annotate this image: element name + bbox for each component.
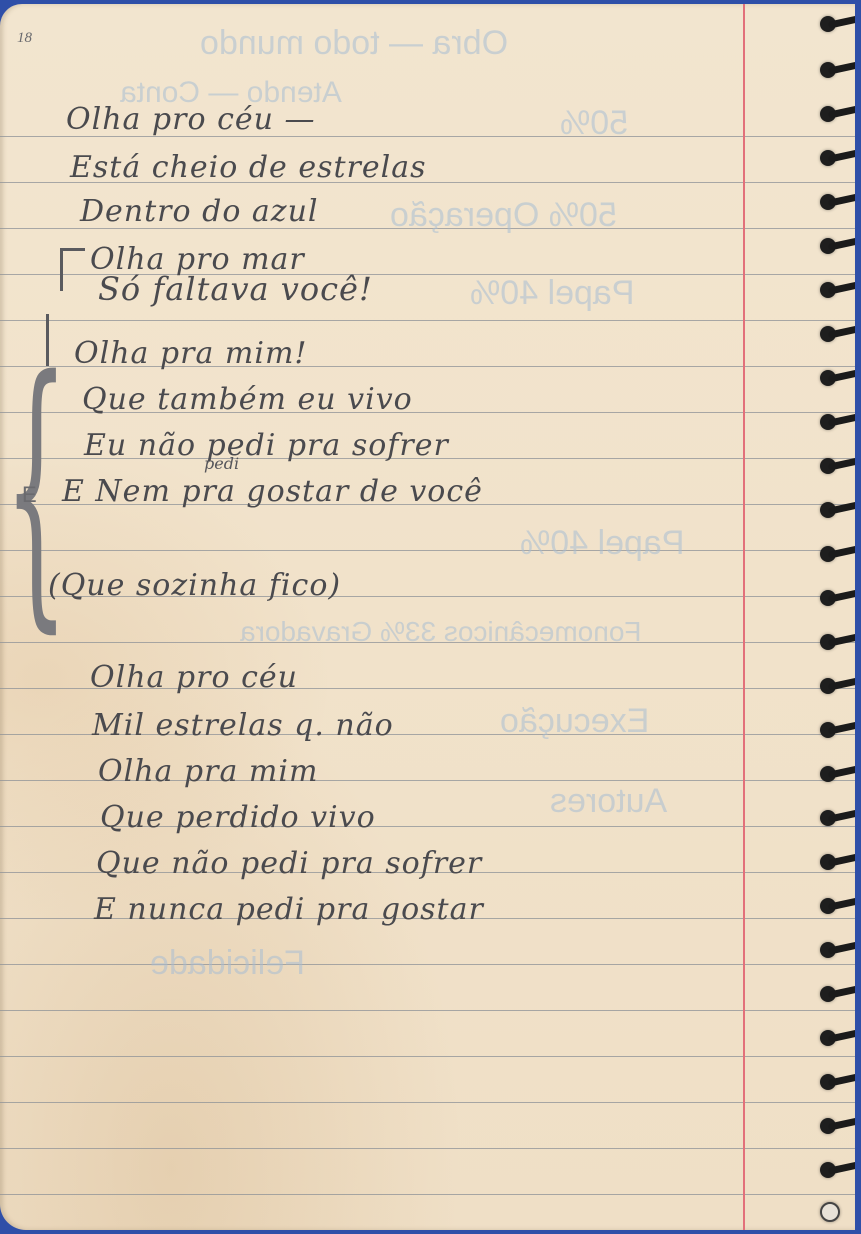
lyric-line: Olha pro céu — <box>66 102 316 137</box>
lyric-line: Dentro do azul <box>80 194 319 229</box>
spiral-ring <box>820 236 855 256</box>
spiral-ring <box>820 676 855 696</box>
bleed-through-text: Papel 40% <box>520 524 684 563</box>
spiral-ring <box>820 14 855 34</box>
spiral-ring <box>820 632 855 652</box>
ruled-line <box>0 550 855 551</box>
bleed-through-text: Papel 40% <box>470 274 634 313</box>
notebook-page: Obra — todo mundo Atendo — Conta 50% 50%… <box>0 4 855 1230</box>
spiral-ring <box>820 544 855 564</box>
spiral-ring <box>820 896 855 916</box>
spiral-ring <box>820 280 855 300</box>
lyric-line: Está cheio de estrelas <box>70 150 427 185</box>
ruled-line <box>0 1056 855 1057</box>
spiral-ring <box>820 720 855 740</box>
bleed-through-text: Autores <box>550 782 667 821</box>
spiral-ring <box>820 852 855 872</box>
lyric-insertion: pedi <box>204 454 239 473</box>
spiral-ring <box>820 456 855 476</box>
bleed-through-text: Felicidade <box>150 944 305 983</box>
spiral-ring <box>820 984 855 1004</box>
spiral-ring <box>820 1072 855 1092</box>
ruled-line <box>0 1148 855 1149</box>
ruled-line <box>0 1194 855 1195</box>
spiral-ring <box>820 764 855 784</box>
lyric-line: Que não pedi pra sofrer <box>96 846 482 881</box>
lyric-line: E nunca pedi pra gostar <box>94 892 484 927</box>
spiral-ring <box>820 588 855 608</box>
bleed-through-text: Fonomecânicos 33% Gravadora <box>240 616 642 648</box>
lyric-line: Que perdido vivo <box>100 800 376 835</box>
spiral-ring <box>820 192 855 212</box>
spiral-ring <box>820 1200 855 1220</box>
margin-letter: E <box>22 482 38 508</box>
lyric-line: (Que sozinha fico) <box>48 568 341 603</box>
spiral-ring <box>820 324 855 344</box>
spiral-ring <box>820 104 855 124</box>
spiral-ring <box>820 368 855 388</box>
spiral-ring <box>820 500 855 520</box>
lyric-line: Eu não pedi pra sofrer <box>84 428 449 463</box>
ruled-line <box>0 1102 855 1103</box>
spiral-ring <box>820 148 855 168</box>
ruled-line <box>0 964 855 965</box>
bleed-through-text: 50% Operação <box>390 196 617 235</box>
lyric-line: Mil estrelas q. não <box>92 708 394 743</box>
bleed-through-text: Obra — todo mundo <box>200 24 508 63</box>
lyric-line: Que também eu vivo <box>82 382 413 417</box>
spiral-ring <box>820 412 855 432</box>
lyric-line: Olha pro céu <box>90 660 298 695</box>
bracket-mark <box>60 248 85 291</box>
ruled-line <box>0 320 855 321</box>
spiral-ring <box>820 1116 855 1136</box>
spiral-ring <box>820 60 855 80</box>
spiral-ring <box>820 808 855 828</box>
ruled-line <box>0 1010 855 1011</box>
bleed-through-text: Execução <box>500 702 649 741</box>
spiral-ring <box>820 940 855 960</box>
spiral-ring <box>820 1028 855 1048</box>
lyric-line: Olha pra mim! <box>74 336 307 371</box>
page-number: 18 <box>17 30 32 47</box>
margin-line <box>743 4 745 1230</box>
lyric-line: E Nem pra gostar de você <box>62 474 483 509</box>
lyric-line: Olha pra mim <box>98 754 318 789</box>
bleed-through-text: 50% <box>560 104 628 143</box>
spiral-ring <box>820 1160 855 1180</box>
lyric-line: Só faltava você! <box>98 270 373 308</box>
